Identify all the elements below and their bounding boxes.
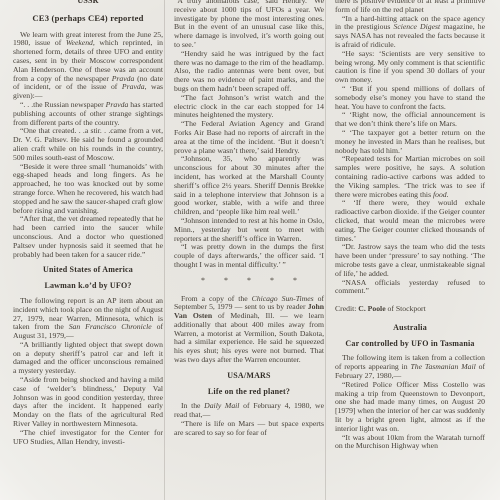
paragraph: “Aside from being shocked and having a m… — [13, 376, 163, 429]
section-heading-usamars: USA/MARS — [174, 372, 324, 381]
scanned-newsletter-page: USSR CE3 (perhaps CE4) reported We learn… — [0, 0, 500, 500]
article-heading-car: Car controlled by UFO in Tasmania — [335, 340, 485, 349]
section-heading-usa: United States of America — [13, 266, 163, 275]
paragraph: We learn with great interest from the Ju… — [13, 31, 163, 101]
paragraph: “ ‘Right now, the official announcement … — [335, 111, 485, 129]
paragraph: The following report is an AP item about… — [13, 297, 163, 341]
paragraph: “Johnson, 35, who apparently was unconsc… — [174, 155, 324, 217]
asterisk-separator: * * * * * — [174, 277, 324, 286]
paragraph: “It was about 10km from the Waratah turn… — [335, 434, 485, 452]
paragraph: “The Federal Aviation Agency and Grand F… — [174, 120, 324, 155]
column-right: there is positive evidence of at least a… — [335, 0, 485, 451]
paragraph: “Hendry said he was intrigued by the fac… — [174, 50, 324, 94]
paragraph: “ ‘But if you spend millions of dollars … — [335, 85, 485, 111]
paragraph: “One that created. . .a stir. . .came fr… — [13, 127, 163, 162]
paragraph: “I was pretty down in the dumps the firs… — [174, 243, 324, 269]
paragraph: In the Daily Mail of February 4, 1980, w… — [174, 402, 324, 420]
section-heading-ussr: USSR — [13, 0, 163, 6]
paragraph: “He says: ‘Scientists are very sensitive… — [335, 50, 485, 85]
paragraph: “In a hard-hitting attack on the space a… — [335, 15, 485, 50]
paragraph: “NASA officials yesterday refused to com… — [335, 279, 485, 297]
paragraph: “ ‘If there were, they would exhale radi… — [335, 199, 485, 243]
paragraph: “Retired Police Officer Miss Costello wa… — [335, 381, 485, 434]
paragraph: “The fact Johnson’s wrist watch and the … — [174, 94, 324, 120]
paragraph: From a copy of the Chicago Sun-Times of … — [174, 295, 324, 365]
paragraph: “A truly anomalous case,’ said Hendry. ‘… — [174, 0, 324, 50]
column-left: USSR CE3 (perhaps CE4) reported We learn… — [13, 0, 163, 451]
paragraph: “Beside it were three small ‘humanoids’ … — [13, 163, 163, 216]
article-heading-life: Life on the red planet? — [174, 388, 324, 397]
paragraph: “The chief investigator for the Center f… — [13, 429, 163, 447]
paragraph: “Repeated tests for Martian microbes on … — [335, 155, 485, 199]
paragraph: “. . .the Russian newspaper Pravda has s… — [13, 101, 163, 127]
article-heading-ce3: CE3 (perhaps CE4) reported — [13, 14, 163, 23]
paragraph: “There is life on Mars — but space exper… — [174, 420, 324, 438]
columns-container: USSR CE3 (perhaps CE4) reported We learn… — [13, 0, 485, 451]
paragraph: “After that, the vet dreamed repeatedly … — [13, 215, 163, 259]
column-middle: “A truly anomalous case,’ said Hendry. ‘… — [174, 0, 324, 451]
paragraph: The following item is taken from a colle… — [335, 354, 485, 380]
section-heading-australia: Australia — [335, 324, 485, 333]
paragraph: there is positive evidence of at least a… — [335, 0, 485, 15]
paragraph: “Dr. Jastrow says the team who did the t… — [335, 243, 485, 278]
paragraph: “A brilliantly lighted object that swept… — [13, 341, 163, 376]
paragraph: “Johnson intended to rest at his home in… — [174, 217, 324, 243]
credit-line: Credit: C. Poole of Stockport — [335, 305, 485, 314]
paragraph: “ ‘The taxpayer got a better return on t… — [335, 129, 485, 155]
article-heading-lawman: Lawman k.o’d by UFO? — [13, 282, 163, 291]
